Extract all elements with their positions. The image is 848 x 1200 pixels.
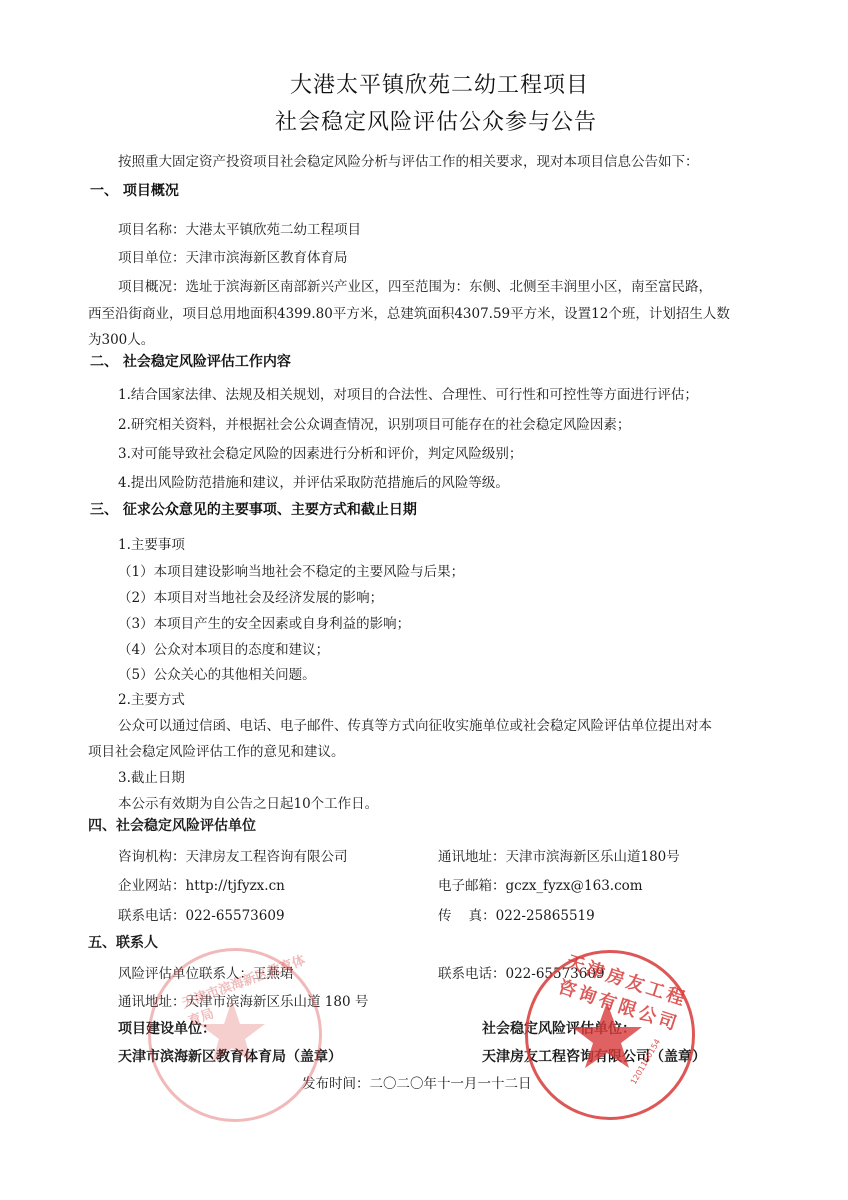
project-name: 项目名称：大港太平镇欣苑二幼工程项目: [118, 218, 361, 238]
method-line-1: 公众可以通过信函、电话、电子邮件、传真等方式向征收实施单位或社会稳定风险评估单位…: [118, 714, 712, 734]
matter-item-1: （1）本项目建设影响当地社会不稳定的主要风险与后果；: [118, 560, 464, 580]
matter-item-5: （5）公众关心的其他相关问题。: [118, 663, 316, 683]
section-1-heading: 一、 项目概况: [90, 180, 179, 200]
work-item-2: 2.研究相关资料，并根据社会公众调查情况，识别项目可能存在的社会稳定风险因素；: [118, 413, 630, 433]
matter-item-4: （4）公众对本项目的态度和建议；: [118, 638, 329, 658]
sub-heading-deadline: 3.截止日期: [118, 766, 185, 786]
risk-contact-person: 风险评估单位联系人：王燕珺: [118, 962, 294, 982]
section-2-heading: 二、 社会稳定风险评估工作内容: [90, 351, 291, 371]
assessment-unit-label: 社会稳定风险评估单位：: [482, 1018, 636, 1038]
method-line-2: 项目社会稳定风险评估工作的意见和建议。: [88, 740, 345, 760]
agency-email: 电子邮箱：gczx_fyzx@163.com: [438, 874, 643, 894]
work-item-1: 1.结合国家法律、法规及相关规划，对项目的合法性、合理性、可行性和可控性等方面进…: [118, 383, 698, 403]
section-3-heading: 三、 征求公众意见的主要事项、主要方式和截止日期: [90, 499, 417, 519]
matter-item-2: （2）本项目对当地社会及经济发展的影响；: [118, 586, 383, 606]
contact-address: 通讯地址：天津市滨海新区乐山道 180 号: [118, 990, 368, 1010]
project-overview-line-1: 项目概况：选址于滨海新区南部新兴产业区，四至范围为：东侧、北侧至丰润里小区，南至…: [118, 275, 712, 295]
risk-contact-phone: 联系电话：022-65573609: [438, 962, 605, 982]
construction-unit-org: 天津市滨海新区教育体育局（盖章）: [118, 1046, 342, 1066]
project-overview-line-3: 为300人。: [88, 328, 154, 348]
agency-phone: 联系电话：022-65573609: [118, 904, 285, 924]
title-line-1: 大港太平镇欣苑二幼工程项目: [290, 68, 589, 99]
sub-heading-methods: 2.主要方式: [118, 688, 185, 708]
agency-fax: 传 真：022-25865519: [438, 904, 595, 924]
publish-date: 发布时间：二〇二〇年十一月一十二日: [302, 1072, 532, 1092]
assessment-unit-org: 天津房友工程咨询有限公司（盖章）: [482, 1046, 706, 1066]
sub-heading-matters: 1.主要事项: [118, 533, 185, 553]
deadline-text: 本公示有效期为自公告之日起10个工作日。: [118, 792, 378, 812]
agency-address: 通讯地址：天津市滨海新区乐山道180号: [438, 845, 680, 865]
construction-unit-label: 项目建设单位：: [118, 1018, 216, 1038]
section-5-heading: 五、联系人: [88, 932, 158, 952]
project-unit: 项目单位：天津市滨海新区教育体育局: [118, 246, 348, 266]
consulting-agency: 咨询机构：天津房友工程咨询有限公司: [118, 845, 348, 865]
work-item-3: 3.对可能导致社会稳定风险的因素进行分析和评价，判定风险级别；: [118, 442, 522, 462]
title-line-2: 社会稳定风险评估公众参与公告: [275, 105, 597, 136]
intro-paragraph: 按照重大固定资产投资项目社会稳定风险分析与评估工作的相关要求，现对本项目信息公告…: [118, 150, 699, 170]
matter-item-3: （3）本项目产生的安全因素或自身利益的影响；: [118, 612, 410, 632]
project-overview-line-2: 西至沿街商业，项目总用地面积4399.80平方米，总建筑面积4307.59平方米…: [88, 302, 730, 322]
section-4-heading: 四、社会稳定风险评估单位: [88, 815, 256, 835]
work-item-4: 4.提出风险防范措施和建议，并评估采取防范措施后的风险等级。: [118, 471, 509, 491]
agency-website: 企业网站：http://tjfyzx.cn: [118, 874, 285, 894]
